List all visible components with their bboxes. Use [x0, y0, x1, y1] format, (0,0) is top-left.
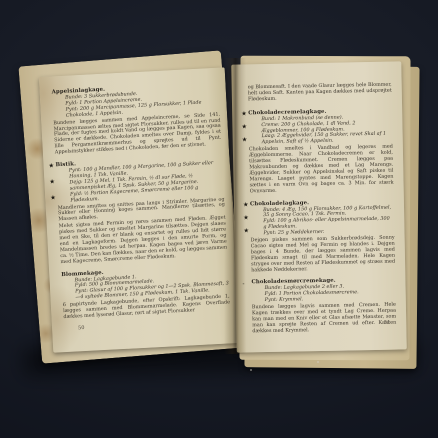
page-number-right: 51 [384, 320, 390, 326]
star-icon: ★ [49, 178, 58, 185]
recipe-section-chokoladesmorcremekage: - Chokoladesmørcremekage. Bunde: Lagkage… [251, 277, 396, 335]
photo-of-open-cookbook: Appelsinlagkage. Bunde: 3 Sukkerbrødsbun… [0, 0, 438, 438]
recipe-section-chokoladelagkage: ★ ★ ★ Chokoladelagkage. Bunde: 4 Æg, 150… [250, 198, 395, 274]
recipe-section-blommekage: Blommekage. Bunde: Lagkagebunde 1. Fyld:… [61, 263, 230, 321]
recipe-instructions: Bundene lægges sammen med Appelsincreme,… [53, 112, 222, 156]
right-page: og Blommesaft. I den vaade Glasur lægges… [231, 61, 406, 352]
page-number-left: 50 [78, 325, 85, 331]
recipe-instructions: Dejgen piskes sammen som Sukkerbrødsdejg… [251, 236, 396, 274]
left-page-content: Appelsinlagkage. Bunde: 3 Sukkerbrødsbun… [39, 67, 239, 352]
star-icon: ★ [48, 162, 57, 169]
recipe-section-appelsinlagkage: Appelsinlagkage. Bunde: 3 Sukkerbrødsbun… [52, 81, 222, 157]
dust-speck [317, 361, 319, 363]
recipe-instructions: Melet sigtes med Fermin og røres sammen … [59, 216, 228, 266]
right-page-content: og Blommesaft. I den vaade Glasur lægges… [231, 61, 406, 352]
rating-stars: ★ ★ ★ [241, 110, 251, 143]
recipe-section-chokoladecremelagkage: ★ ★ ★ Chokoladecremelagkage. Bund: 1 Mak… [248, 107, 394, 195]
star-icon: ★ [243, 201, 252, 208]
left-page: Appelsinlagkage. Bunde: 3 Sukkerbrødsbun… [39, 67, 239, 352]
star-icon: ★ [243, 227, 252, 234]
rating-stars: ★ ★ ★ [243, 201, 253, 234]
continued-paragraph: og Blommesaft. I den vaade Glasur lægges… [248, 83, 392, 103]
recipe-section-bistik: ★ ★ ★ Bistik. Pynt: 100 g Mandler, 100 g… [55, 154, 227, 266]
recipe-instructions: Chokoladen smeltes i Vandbad og legeres … [249, 145, 394, 195]
star-icon: ★ [242, 136, 251, 143]
recipe-instructions: Bundene lægges lagvis sammen med Cremen.… [252, 303, 397, 335]
dust-speck [250, 369, 252, 371]
margin-dash-mark: - [242, 281, 244, 288]
star-icon: ★ [241, 123, 250, 130]
star-icon: ★ [50, 194, 59, 201]
star-icon: ★ [241, 110, 250, 117]
star-icon: ★ [243, 214, 252, 221]
